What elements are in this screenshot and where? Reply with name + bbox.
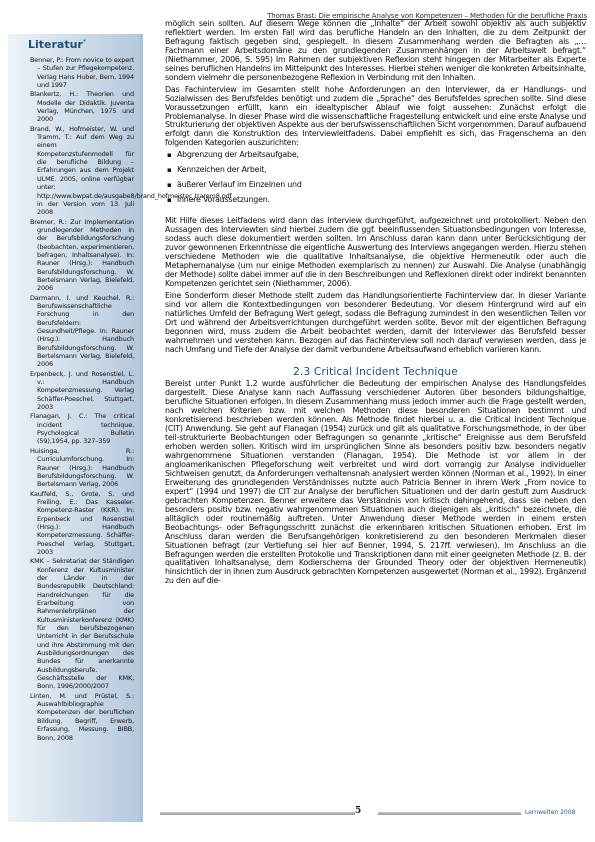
list-item: ▪Kennzeichen der Arbeit, (165, 166, 586, 175)
reference-item: Brand, W., Hofmeister, W. und Tramm, T.:… (30, 125, 134, 217)
reference-item: KMK – Sekretariat der Ständigen Konferen… (30, 557, 134, 691)
category-list: ▪Abgrenzung der Arbeitsaufgabe, ▪Kennzei… (165, 151, 586, 205)
body-paragraph: möglich sein sollten. Auf diesem Wege kö… (165, 20, 586, 83)
reference-item: Kauffeld, S., Grote, S. und Freiling, E.… (30, 490, 134, 557)
reference-item: Benner, P.: From novice to expert – Stuf… (30, 56, 134, 89)
reference-item: Blankertz, H.: Theorien und Modelle der … (30, 90, 134, 123)
bullet-icon: ▪ (167, 196, 172, 205)
reference-list: Benner, P.: From novice to expert – Stuf… (30, 56, 134, 743)
bullet-icon: ▪ (167, 166, 172, 175)
literature-title: Literatur (28, 38, 83, 51)
reference-item: Linten, M. und Prüstel, S.: Auswahlbibli… (30, 692, 134, 742)
list-item-text: innere Voraussetzungen. (177, 195, 270, 204)
bullet-icon: ▪ (167, 151, 172, 160)
footer-rule-right (378, 812, 521, 815)
reference-item: Darmann, I. und Keuchel, R.: Berufswisse… (30, 294, 134, 369)
journal-name: Lernwelten 2008 (525, 809, 575, 816)
list-item-text: äußerer Verlauf im Einzelnen und (177, 180, 302, 189)
page-number: 5 (355, 806, 361, 816)
footnote-marker: * (83, 38, 86, 45)
body-paragraph: Bereist unter Punkt 1.2 wurde ausführlic… (165, 380, 586, 586)
footer-rule-left (160, 812, 355, 815)
body-paragraph: Mit Hilfe dieses Leitfadens wird dann da… (165, 217, 586, 289)
main-column: möglich sein sollten. Auf diesem Wege kö… (165, 20, 586, 589)
list-item-text: Abgrenzung der Arbeitsaufgabe, (177, 150, 299, 159)
literature-sidebar: Literatur* Benner, P.: From novice to ex… (8, 34, 143, 822)
list-item-text: Kennzeichen der Arbeit, (177, 165, 266, 174)
body-paragraph: Eine Sonderform dieser Methode stellt zu… (165, 292, 586, 355)
literature-heading: Literatur* (28, 38, 86, 51)
sidebar-edge (8, 34, 10, 822)
body-paragraph: Das Fachinterview im Gesamten stellt hoh… (165, 86, 586, 149)
reference-item: Huisinga, R.: Curriculumforschung. In: R… (30, 447, 134, 489)
section-heading: 2.3 Critical Incident Technique (165, 368, 586, 377)
list-item: ▪Abgrenzung der Arbeitsaufgabe, (165, 151, 586, 160)
reference-item: Bremer, R.: Zur Implementation grundlege… (30, 218, 134, 293)
reference-item: Flanagan, J. C.: The critical incident t… (30, 412, 134, 445)
bullet-icon: ▪ (167, 181, 172, 190)
list-item: ▪äußerer Verlauf im Einzelnen und (165, 181, 586, 190)
list-item: ▪innere Voraussetzungen. (165, 196, 586, 205)
reference-item: Erpenbeck, J. und Rosenstiel, L. v.: Han… (30, 370, 134, 412)
